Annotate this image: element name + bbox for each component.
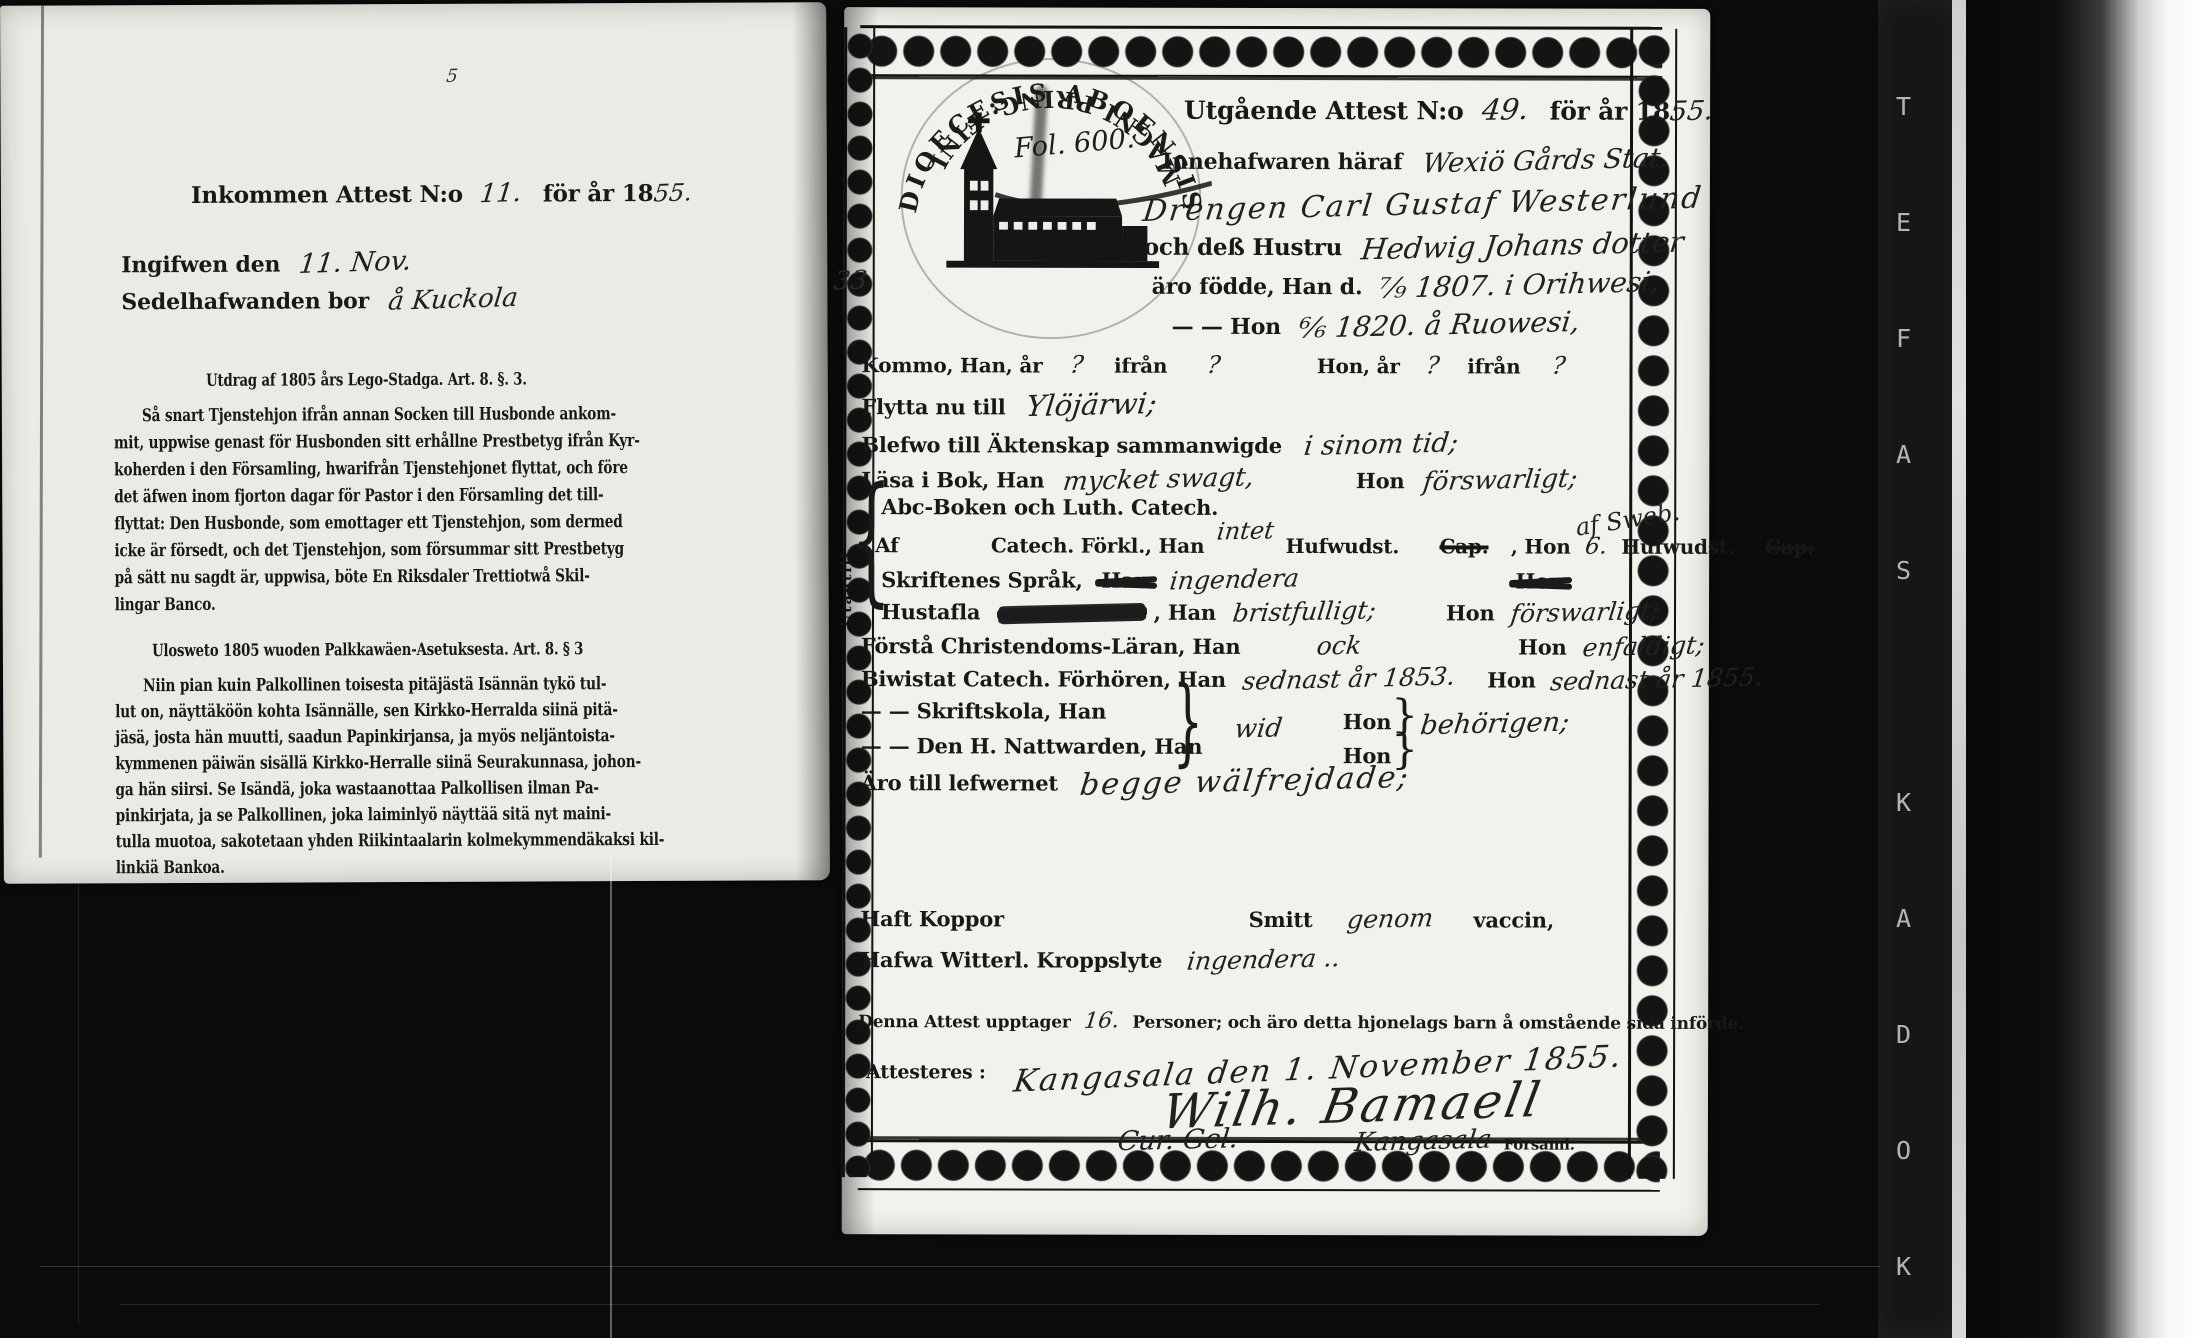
text-line: tulla muotoa, sakotetaan yhden Riikintaa… (116, 827, 622, 855)
born-he-label: äro födde, Han d. (1152, 275, 1363, 300)
name-value: Drengen Carl Gustaf Westerlund (1141, 182, 1705, 228)
conduct-label: Äro till lefwernet (861, 771, 1058, 795)
came-q3: ? (1424, 352, 1440, 379)
communion-line: — — Den H. Nattwarden, Han (861, 734, 1203, 759)
hon-both-value: behörigen; (1419, 707, 1571, 742)
catech-cap-struck-2: Cap. (1765, 536, 1814, 558)
born-he-value: ⁷⁄₉ 1807. i Orihwesi, (1377, 267, 1661, 304)
right-header: Utgående Attest N:o 49. för år 1855. (1184, 94, 1713, 127)
abc-label: Abc-Boken och Luth. Catech. (881, 495, 1218, 519)
text-line: på sätt nu sagdt är, uppwisa, böte En Ri… (115, 563, 621, 592)
understand-he: ock (1316, 632, 1364, 661)
hustafla-line: Hustafla , Han bristfulligt; Hon förswar… (881, 597, 1659, 626)
pox-vaccin: vaccin, (1473, 908, 1554, 931)
catech-cap-struck-1: Cap. (1439, 535, 1488, 557)
came-line: Kommo, Han, år ? ifrån ? Hon, år ? ifrån… (862, 351, 1566, 379)
script-lang-label: Skriftenes Språk, (881, 568, 1083, 592)
right-header-pre: Utgående Attest N:o (1184, 97, 1464, 125)
catech-line: Af Catech. Förkl., Han intet Hufwudst. C… (875, 531, 1814, 560)
left-header-mid: för år 18 (543, 181, 654, 207)
office-line: Cur. Gel. Kangasala Församl. (1118, 1126, 1575, 1157)
catech-hon: , Hon (1511, 535, 1571, 557)
summary-l2: Personer; och äro detta hjonelags barn å… (1132, 1014, 1744, 1034)
catech-label: Catech. Förkl., Han (991, 534, 1204, 556)
script-lang-value: ingendera (1168, 564, 1300, 595)
born-she-line: — — Hon ⁶⁄₆ 1820. å Ruowesi, (1172, 310, 1580, 342)
script-lang-han-struck: Han (1101, 569, 1149, 592)
text-line: pinkirjata, ja se Palkollinen, joka laim… (116, 801, 622, 829)
came-l3: Hon, år (1317, 355, 1400, 377)
swedish-heading: Utdrag af 1805 års Lego-Stadga. Art. 8. … (114, 369, 620, 391)
film-fade-to-white (1966, 0, 2200, 1338)
attest-label: Attesteres : (866, 1062, 986, 1083)
pox-line: Haft Koppor Smitt genom vaccin, (860, 904, 1554, 933)
text-line: lut on, näyttäköön kohta Isännälle, sen … (115, 697, 621, 725)
read-book-line: Läsa i Bok, Han mycket swagt, Hon förswa… (861, 465, 1577, 495)
school-communion-value: wid (1233, 713, 1284, 744)
microfilm-scan: 5 Inkommen Attest N:o 11. för år 1855. I… (0, 0, 2200, 1338)
script-lang-hon-struck: Hon (1516, 570, 1565, 593)
came-l1: Kommo, Han, år (862, 354, 1043, 376)
hustafla-he: bristfulligt; (1231, 596, 1377, 627)
scratch-line (120, 1304, 1820, 1305)
hustafla-she: förswarligt; (1509, 597, 1661, 628)
attended-hon: Hon (1487, 668, 1536, 691)
left-header-pre: Inkommen Attest N:o (191, 182, 463, 208)
left-header: Inkommen Attest N:o 11. för år 1855. (191, 179, 692, 210)
holder-value: Wexiö Gårds Stat. (1421, 144, 1671, 180)
resides-line: Sedelhafwanden bor å Kuckola (121, 286, 517, 316)
office-parish: Kangasala (1353, 1126, 1493, 1158)
pox-label: Haft Koppor (860, 907, 1004, 930)
gutter-shadow-left (792, 2, 830, 880)
film-divider-strip (1952, 0, 1966, 1338)
defects-value: ingendera .. (1185, 944, 1341, 975)
born-she-value: ⁶⁄₆ 1820. å Ruowesi, (1298, 307, 1582, 345)
text-line: linkiä Bankoa. (116, 853, 622, 881)
office-cur: Cur. Gel. (1116, 1124, 1240, 1157)
received-line: Ingifwen den 11. Nov. (121, 248, 411, 279)
conduct-value: begge wälfrejdade; (1078, 761, 1411, 802)
text-line: kymmenen päiwän sisällä Kirkko-Herralle … (115, 749, 621, 777)
right-header-mid: för år 18 (1550, 98, 1670, 126)
swedish-paragraph: Så snart Tjenstehjon ifrån annan Socken … (114, 401, 620, 619)
came-q1: ? (1069, 351, 1085, 378)
scratch-line (40, 1266, 1880, 1267)
right-header-year: 55. (1668, 96, 1715, 127)
understand-hon: Hon (1518, 636, 1567, 659)
came-q2: ? (1206, 352, 1222, 379)
attended-label: Biwistat Catech. Förhören, Han (861, 667, 1226, 691)
left-header-number: 11. (479, 179, 524, 209)
hustafla-label: Hustafla (881, 600, 980, 623)
holder-line: Innehafwaren häraf Wexiö Gårds Stat. (1162, 146, 1669, 177)
film-edge-text: KODAK SAFET (1896, 44, 1911, 1324)
communion-label: — — Den H. Nattwarden, Han (861, 734, 1203, 758)
finnish-heading: Ulosweto 1805 wuoden Palkkawäen-Asetukse… (115, 639, 621, 661)
understand-label: Förstå Christendoms-Läran, Han (861, 634, 1241, 658)
hustafla-han: , Han (1154, 601, 1216, 624)
came-l4: ifrån (1467, 355, 1520, 377)
catech-hufwudst-1: Hufwudst. (1286, 535, 1399, 557)
wife-line: och deß Hustru Hedwig Johans dotter (1144, 230, 1683, 263)
text-line: mit, uppwise genast för Husbonden sitt e… (114, 428, 620, 457)
left-page: 5 Inkommen Attest N:o 11. för år 1855. I… (0, 2, 830, 884)
gutter-page-number: 33 (832, 266, 869, 297)
summary-line: Denna Attest upptager 16. Personer; och … (858, 1009, 1744, 1035)
seal-folio-note: Fol. 600. (1012, 123, 1136, 164)
right-header-number: 49. (1480, 94, 1530, 127)
born-she-label: — — Hon (1172, 315, 1281, 339)
text-line: Så snart Tjenstehjon ifrån annan Socken … (114, 401, 620, 430)
read-book-he: mycket swagt, (1061, 463, 1255, 496)
office-printed: Församl. (1504, 1136, 1575, 1153)
left-header-year: 55. (652, 179, 693, 207)
finnish-paragraph: Niin pian kuin Palkollinen toisesta pitä… (115, 671, 621, 881)
received-label: Ingifwen den (121, 253, 280, 278)
conduct-line: Äro till lefwernet begge wälfrejdade; (861, 764, 1409, 798)
scratch-line (78, 884, 79, 1324)
married-value: i sinom tid; (1303, 428, 1460, 461)
attended-he: sednast år 1853. (1241, 663, 1457, 696)
text-line: lingar Banco. (115, 590, 621, 619)
came-l2: ifrån (1114, 355, 1167, 377)
name-line: Drengen Carl Gustaf Westerlund (1144, 188, 1702, 222)
holder-label: Innehafwaren häraf (1162, 150, 1402, 175)
read-book-hon: Hon (1356, 469, 1405, 492)
resides-value: å Kuckola (386, 284, 519, 317)
understand-she: enfaldigt; (1582, 631, 1707, 661)
ink-blot (997, 605, 1147, 622)
utantill-label: Utantill (839, 503, 855, 627)
right-page: DIOECESIS ABOENSIS MAGNI PRINC: FINL. (842, 7, 1711, 1236)
wife-value: Hedwig Johans dotter (1359, 227, 1685, 267)
statute-text-column: Utdrag af 1805 års Lego-Stadga. Art. 8. … (114, 369, 622, 881)
received-value: 11. Nov. (297, 247, 413, 280)
text-line: det äfwen inom fjorton dagar för Pastor … (114, 482, 620, 511)
move-to-label: Flytta nu till (861, 395, 1005, 418)
understand-line: Förstå Christendoms-Läran, Han ock Hon e… (861, 631, 1705, 660)
script-lang-line: Skriftenes Språk, Han ingendera Hon (881, 565, 1564, 594)
text-line: icke är försedt, och det Tjenstehjon, so… (114, 536, 620, 565)
catech-hufwudst-2: Hufwudst. (1621, 536, 1734, 558)
text-line: Niin pian kuin Palkollinen toisesta pitä… (115, 671, 621, 699)
move-to-value: Ylöjärwi; (1024, 388, 1158, 423)
attended-she: sednast år 1855. (1548, 663, 1764, 696)
wife-label: och deß Hustru (1144, 235, 1342, 261)
came-q4: ? (1551, 352, 1567, 379)
text-line: koherden i den Församling, hwarifrån Tje… (114, 455, 620, 484)
married-line: Blefwo till Äktenskap sammanwigde i sino… (861, 429, 1458, 460)
film-edge-band (1878, 0, 1956, 1338)
text-line: flyttat: Den Husbonde, som emottager ett… (114, 509, 620, 538)
summary-l1: Denna Attest upptager (858, 1013, 1070, 1032)
catech-af: Af (875, 534, 898, 556)
school-label: — — Skriftskola, Han (861, 699, 1106, 723)
defects-label: Hafwa Witterl. Kroppslyte (860, 948, 1162, 972)
text-line: jäsä, josta hän muutti, saadun Papinkirj… (115, 723, 621, 751)
hustafla-hon: Hon (1446, 601, 1495, 624)
attended-line: Biwistat Catech. Förhören, Han sednast å… (861, 664, 1762, 693)
school-communion-brace: } (1173, 680, 1203, 766)
corner-mark: 5 (445, 66, 459, 87)
defects-line: Hafwa Witterl. Kroppslyte ingendera .. (860, 945, 1339, 974)
page-crack-line (39, 6, 44, 858)
pox-value: genom (1345, 904, 1434, 934)
abc-line: Abc-Boken och Luth. Catech. (881, 495, 1218, 520)
born-he-line: äro födde, Han d. ⁷⁄₉ 1807. i Orihwesi, (1152, 270, 1659, 302)
resides-label: Sedelhafwanden bor (121, 289, 369, 314)
married-label: Blefwo till Äktenskap sammanwigde (861, 433, 1282, 457)
summary-count: 16. (1083, 1009, 1121, 1034)
school-line: — — Skriftskola, Han (861, 699, 1106, 724)
catech-he: intet (1215, 517, 1275, 545)
move-to-line: Flytta nu till Ylöjärwi; (861, 389, 1156, 422)
read-book-she: förswarligt; (1421, 465, 1579, 497)
text-line: ga hän siirsi. Se Isändä, joka wastaanot… (115, 775, 621, 803)
pox-smitt: Smitt (1249, 908, 1313, 931)
